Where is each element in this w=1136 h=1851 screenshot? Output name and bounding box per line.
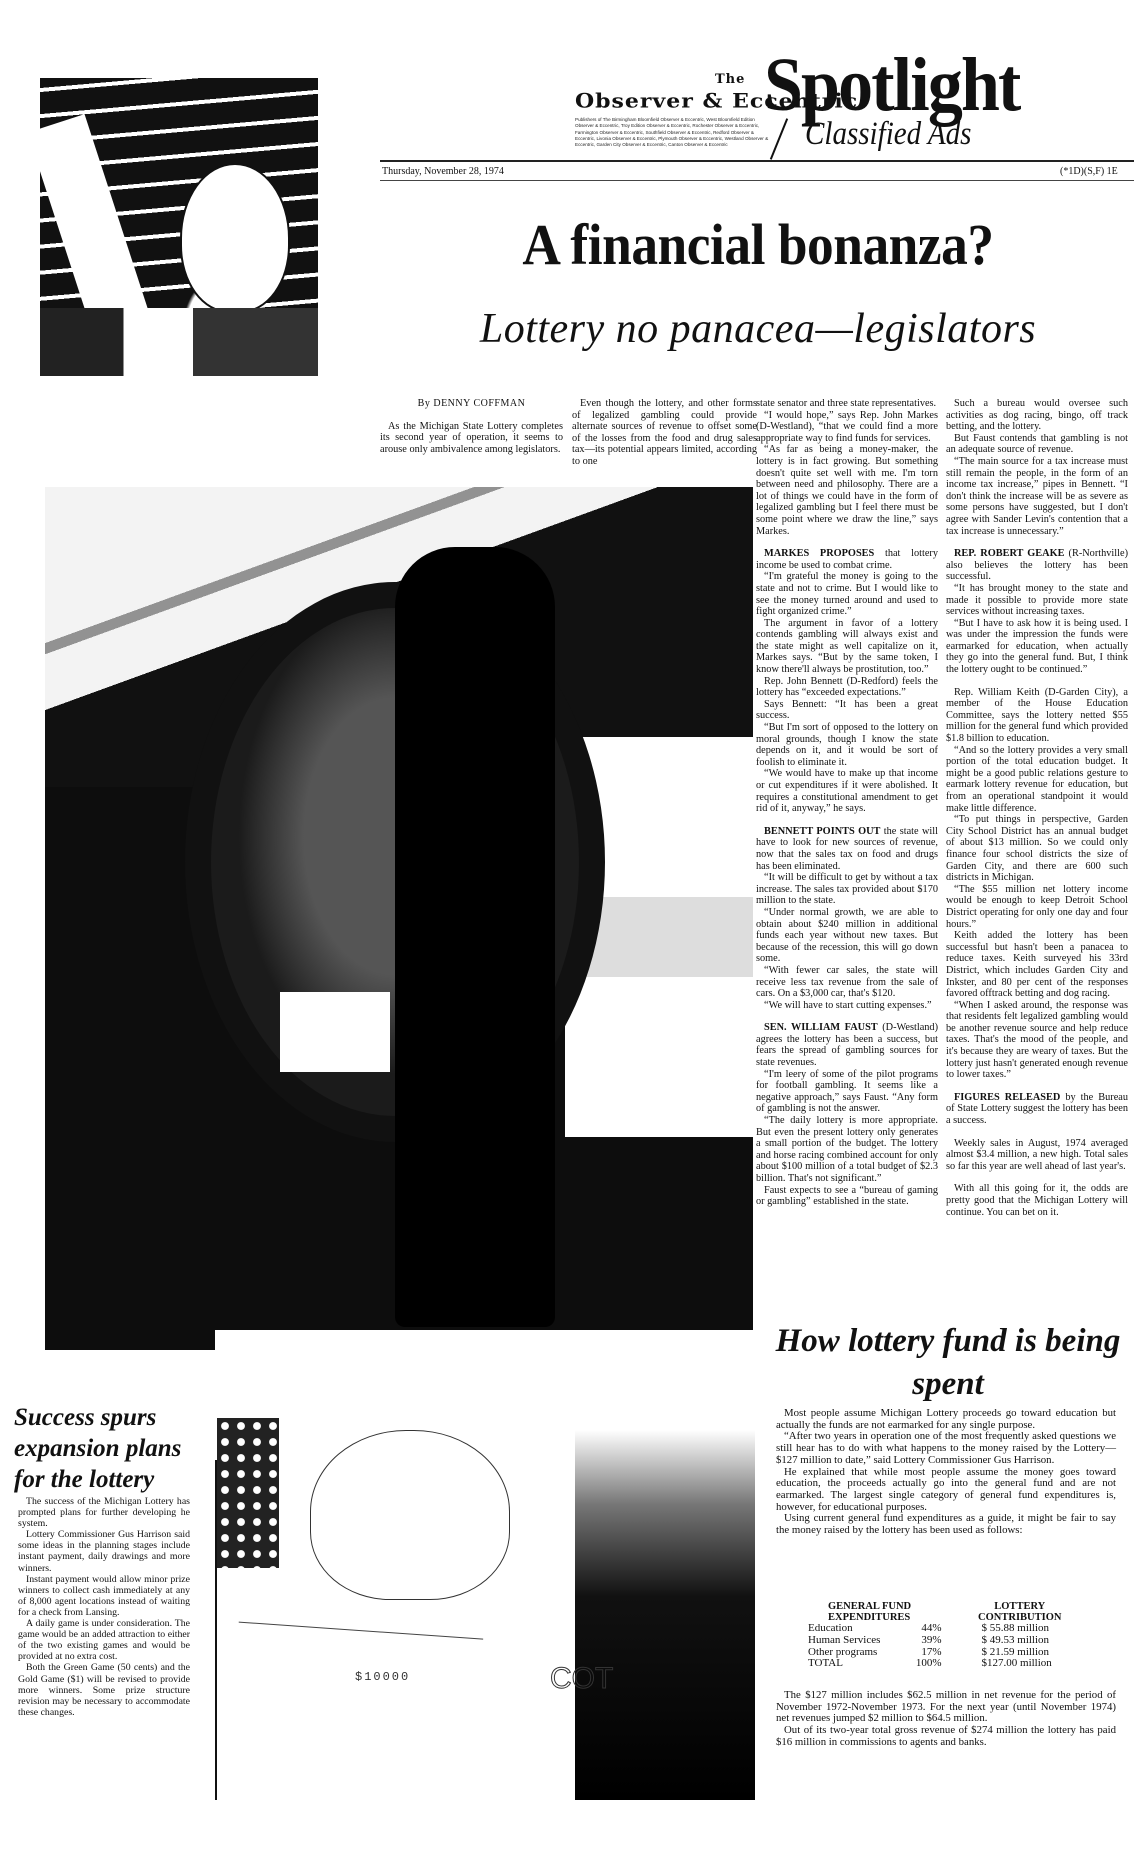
main-story-col-3: state senator and three state representa… <box>756 398 938 1208</box>
paragraph-text: With all this going for it, the odds are… <box>946 1183 1128 1217</box>
paragraph: Both the Green Game (50 cents) and the G… <box>18 1662 190 1717</box>
paragraph: “But I have to ask how it is being used.… <box>946 618 1128 676</box>
paragraph: “I would hope,” says Rep. John Markes (D… <box>756 410 938 445</box>
paragraph: Keith added the lottery has been success… <box>946 930 1128 1000</box>
table-row: Human Services39%$ 49.53 million <box>808 1635 1080 1647</box>
photo-lottery-winner: $10000 COT <box>215 1330 755 1820</box>
photo-man-looking-up <box>40 78 318 376</box>
paragraph-lead: BENNETT POINTS OUT <box>764 826 880 837</box>
paragraph: “When I asked around, the response was t… <box>946 1000 1128 1081</box>
paragraph-lead: REP. ROBERT GEAKE <box>954 548 1064 559</box>
paragraph-text: “But I have to ask how it is being used.… <box>946 618 1128 675</box>
paragraph-text: “It will be difficult to get by without … <box>756 872 938 906</box>
paragraph: As the Michigan State Lottery completes … <box>380 421 563 456</box>
paragraph-text: Faust expects to see a “bureau of gaming… <box>756 1185 938 1208</box>
paragraph-text: “To put things in perspective, Garden Ci… <box>946 814 1128 883</box>
paragraph-text: “I'm grateful the money is going to the … <box>756 571 938 617</box>
paragraph-text: state senator and three state representa… <box>756 398 936 409</box>
main-story-col-4: Such a bureau would oversee such activit… <box>946 398 1128 1218</box>
paragraph: MARKES PROPOSES that lottery income be u… <box>756 548 938 571</box>
paragraph: “I'm grateful the money is going to the … <box>756 571 938 617</box>
paragraph-text: “As far as being a money-maker, the lott… <box>756 444 938 536</box>
main-deck: Lottery no panacea—legislators <box>380 306 1136 352</box>
paragraph-text: “The daily lottery is more appropriate. … <box>756 1115 938 1184</box>
edition-code: (*1D)(S,F) 1E <box>1060 166 1118 177</box>
table-header-left-1: GENERAL FUND <box>808 1601 960 1612</box>
paragraph-text: “We will have to start cutting expenses.… <box>764 1000 932 1011</box>
table-row: TOTAL100%$127.00 million <box>808 1658 1080 1670</box>
paragraph: “After two years in operation one of the… <box>776 1431 1116 1466</box>
paragraph: “We would have to make up that income or… <box>756 768 938 814</box>
fund-headline: How lottery fund is being spent <box>760 1320 1136 1406</box>
paragraph: The argument in favor of a lottery conte… <box>756 618 938 676</box>
paragraph-text: “Under normal growth, we are able to obt… <box>756 907 938 964</box>
masthead-rule <box>380 160 1134 162</box>
paragraph-lead: MARKES PROPOSES <box>764 548 874 559</box>
paragraph-text: The argument in favor of a lottery conte… <box>756 618 938 675</box>
table-cell-cat: Human Services <box>808 1635 903 1647</box>
paragraph: He explained that while most people assu… <box>776 1467 1116 1514</box>
paragraph: Weekly sales in August, 1974 averaged al… <box>946 1138 1128 1173</box>
paragraph: “It has brought money to the state and m… <box>946 583 1128 618</box>
paragraph-lead: FIGURES RELEASED <box>954 1092 1060 1103</box>
paragraph: Says Bennett: “It has been a great succe… <box>756 699 938 722</box>
main-headline: A financial bonanza? <box>410 215 1106 275</box>
paragraph: With all this going for it, the odds are… <box>946 1183 1128 1218</box>
paragraph-text: “With fewer car sales, the state will re… <box>756 965 938 999</box>
paragraph: “We will have to start cutting expenses.… <box>756 1000 938 1012</box>
masthead-publications: Publishers of The Birmingham Bloomfield … <box>575 117 773 148</box>
dateline: Thursday, November 28, 1974 <box>382 166 504 177</box>
masthead-the: The <box>715 72 745 87</box>
paragraph: Such a bureau would oversee such activit… <box>946 398 1128 433</box>
paragraph: “As far as being a money-maker, the lott… <box>756 444 938 537</box>
table-cell-pct: 39% <box>903 1635 960 1647</box>
main-story-col-1: By DENNY COFFMAN As the Michigan State L… <box>380 398 563 455</box>
paragraph: Even though the lottery, and other forms… <box>572 398 757 468</box>
paragraph-text: “When I asked around, the response was t… <box>946 1000 1128 1081</box>
fund-story-body-after: The $127 million includes $62.5 million … <box>776 1690 1116 1749</box>
sidebar-story-body: The success of the Michigan Lottery has … <box>18 1496 190 1718</box>
paragraph-text: “But I'm sort of opposed to the lottery … <box>756 722 938 768</box>
paragraph: “To put things in perspective, Garden Ci… <box>946 814 1128 884</box>
paragraph: Rep. William Keith (D-Garden City), a me… <box>946 687 1128 745</box>
paragraph: But Faust contends that gambling is not … <box>946 433 1128 456</box>
paragraph: “Under normal growth, we are able to obt… <box>756 907 938 965</box>
paragraph-text: “We would have to make up that income or… <box>756 768 938 814</box>
paragraph-text: “It has brought money to the state and m… <box>946 583 1128 617</box>
paragraph: A daily game is under consideration. The… <box>18 1618 190 1662</box>
table-cell-amt: $127.00 million <box>960 1658 1080 1670</box>
fund-story-body: Most people assume Michigan Lottery proc… <box>776 1408 1116 1537</box>
paragraph-text: Weekly sales in August, 1974 averaged al… <box>946 1138 1128 1172</box>
fund-table: GENERAL FUND LOTTERY EXPENDITURES CONTRI… <box>808 1601 1080 1670</box>
byline: By DENNY COFFMAN <box>380 398 563 410</box>
paragraph: SEN. WILLIAM FAUST (D-Westland) agrees t… <box>756 1022 938 1068</box>
paragraph: Faust expects to see a “bureau of gaming… <box>756 1185 938 1208</box>
paragraph: “It will be difficult to get by without … <box>756 872 938 907</box>
table-cell-amt: $ 49.53 million <box>960 1635 1080 1647</box>
photo-lottery-drum <box>45 487 753 1350</box>
paragraph-text: Such a bureau would oversee such activit… <box>946 398 1128 432</box>
paragraph-lead: SEN. WILLIAM FAUST <box>764 1022 878 1033</box>
main-story-col-2: Even though the lottery, and other forms… <box>572 398 757 468</box>
paragraph-text: “The main source for a tax increase must… <box>946 456 1128 537</box>
paragraph-text: Says Bennett: “It has been a great succe… <box>756 699 938 722</box>
table-cell-cat: TOTAL <box>808 1658 903 1670</box>
paragraph: “The main source for a tax increase must… <box>946 456 1128 537</box>
paragraph: state senator and three state representa… <box>756 398 938 410</box>
paragraph: “And so the lottery provides a very smal… <box>946 745 1128 815</box>
paragraph: “But I'm sort of opposed to the lottery … <box>756 722 938 768</box>
paragraph: Instant payment would allow minor prize … <box>18 1574 190 1618</box>
paragraph: The $127 million includes $62.5 million … <box>776 1690 1116 1725</box>
paragraph: REP. ROBERT GEAKE (R-Northville) also be… <box>946 548 1128 583</box>
paragraph: “I'm leery of some of the pilot programs… <box>756 1069 938 1115</box>
paragraph: “The daily lottery is more appropriate. … <box>756 1115 938 1185</box>
paragraph: Lottery Commissioner Gus Harrison said s… <box>18 1529 190 1573</box>
sidebar-headline: Success spurs expansion plans for the lo… <box>14 1402 214 1495</box>
paragraph: “With fewer car sales, the state will re… <box>756 965 938 1000</box>
paragraph: Out of its two-year total gross revenue … <box>776 1725 1116 1748</box>
section-title: Spotlight <box>764 50 1019 120</box>
paragraph-text: “I would hope,” says Rep. John Markes (D… <box>756 410 938 444</box>
paragraph-text: “And so the lottery provides a very smal… <box>946 745 1128 814</box>
paragraph-text: Rep. William Keith (D-Garden City), a me… <box>946 687 1128 744</box>
paragraph-text: Keith added the lottery has been success… <box>946 930 1128 999</box>
check-amount: $10000 <box>355 1670 410 1684</box>
paragraph: Most people assume Michigan Lottery proc… <box>776 1408 1116 1431</box>
dateline-rule <box>380 180 1134 181</box>
paragraph: FIGURES RELEASED by the Bureau of State … <box>946 1092 1128 1127</box>
paragraph: BENNETT POINTS OUT the state will have t… <box>756 826 938 872</box>
paragraph: The success of the Michigan Lottery has … <box>18 1496 190 1529</box>
paragraph: “The $55 million net lottery income woul… <box>946 884 1128 930</box>
table-cell-pct: 100% <box>903 1658 960 1670</box>
paragraph-text: “I'm leery of some of the pilot programs… <box>756 1069 938 1115</box>
paragraph: Using current general fund expenditures … <box>776 1513 1116 1536</box>
shirt-lettering: COT <box>550 1662 613 1696</box>
paragraph: Rep. John Bennett (D-Redford) feels the … <box>756 676 938 699</box>
paragraph-text: “The $55 million net lottery income woul… <box>946 884 1128 930</box>
section-subtitle: Classified Ads <box>805 117 971 151</box>
table-header-right-1: LOTTERY <box>960 1601 1080 1612</box>
paragraph-text: Rep. John Bennett (D-Redford) feels the … <box>756 676 938 699</box>
paragraph-text: But Faust contends that gambling is not … <box>946 433 1128 456</box>
